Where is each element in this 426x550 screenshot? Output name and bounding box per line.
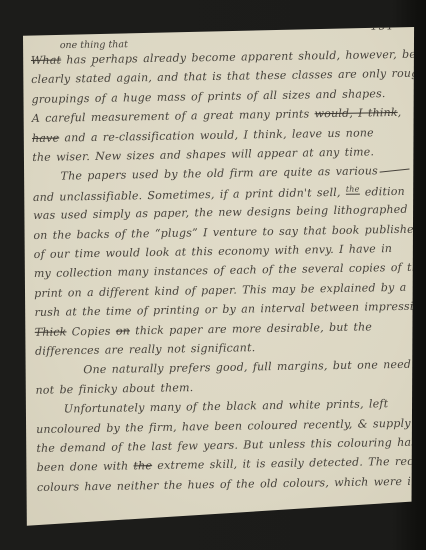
manuscript-text: and unclassifiable. Sometimes, if a prin… (33, 186, 346, 204)
manuscript-text: the demand of the last few years. But un… (36, 436, 417, 455)
manuscript-text: rush at the time of printing or by an in… (34, 300, 426, 320)
manuscript-text: various (336, 164, 411, 178)
struck-text: Thick (35, 325, 67, 339)
manuscript-line: A careful measurement of a great many pr… (32, 106, 402, 125)
manuscript-text: on the backs of the “plugs” I venture to… (33, 222, 425, 241)
manuscript-line: was used simply as paper, the new design… (33, 203, 408, 222)
manuscript-text: the (346, 184, 360, 194)
struck-text: would, I think (314, 106, 397, 120)
manuscript-line: One naturally prefers good, full margins… (83, 358, 411, 376)
manuscript-line: and unclassifiable. Sometimes, if a prin… (33, 184, 405, 204)
manuscript-line: the wiser. New sizes and shapes will app… (32, 145, 374, 164)
manuscript-text: print on a different kind of paper. This… (34, 281, 406, 300)
manuscript-text: Unfortunately many of the black and whit… (64, 397, 389, 415)
struck-text: What (31, 54, 61, 67)
manuscript-text: differences are really not significant. (35, 341, 256, 358)
manuscript-text: extreme skill, it is easily detected. Th… (152, 455, 426, 473)
manuscript-text: groupings of a huge mass of prints of al… (31, 87, 385, 106)
manuscript-line: of our time would look at this economy w… (34, 242, 393, 261)
manuscript-text: been done with (37, 460, 134, 475)
manuscript-text: was used simply as paper, the new design… (33, 203, 408, 222)
interlinear-insertion: one thing that (60, 39, 128, 51)
manuscript-line: Thick Copies on thick paper are more des… (35, 320, 372, 339)
manuscript-text: colours have neither the hues of the old… (37, 474, 426, 494)
manuscript-text: has perhaps already become apparent shou… (61, 48, 416, 67)
manuscript-text: Copies (66, 324, 116, 338)
manuscript-line: colours have neither the hues of the old… (37, 474, 426, 494)
struck-text: the (133, 459, 152, 472)
manuscript-line: The papers used by the old firm are quit… (61, 164, 411, 183)
manuscript-line: Unfortunately many of the black and whit… (64, 397, 389, 415)
manuscript-line: been done with the extreme skill, it is … (37, 455, 426, 475)
manuscript-line: not be finicky about them. (35, 381, 193, 397)
manuscript-line: on the backs of the “plugs” I venture to… (33, 222, 425, 241)
manuscript-line: differences are really not significant. (35, 341, 256, 358)
manuscript-text: , (398, 106, 402, 119)
manuscript-text: edition (359, 185, 405, 199)
manuscript-text: A careful measurement of a great many pr… (32, 107, 315, 125)
manuscript-text: the wiser. New sizes and shapes will app… (32, 145, 374, 164)
manuscript-text: The papers used by the old firm are quit… (61, 165, 336, 183)
manuscript-text: thick paper are more desirable, but the (130, 320, 372, 337)
manuscript-page: 151 one thing that ^ What has perhaps al… (0, 0, 426, 550)
manuscript-line: my collection many instances of each of … (34, 260, 426, 280)
manuscript-line: groupings of a huge mass of prints of al… (31, 87, 385, 106)
manuscript-text: and a re-classification would, I think, … (59, 126, 374, 144)
manuscript-page-content: 151 one thing that ^ What has perhaps al… (0, 0, 426, 550)
manuscript-text: of our time would look at this economy w… (34, 242, 393, 261)
manuscript-line: print on a different kind of paper. This… (34, 281, 406, 300)
manuscript-text: One naturally prefers good, full margins… (83, 358, 411, 376)
struck-text: have (32, 131, 59, 144)
manuscript-text: uncoloured by the firm, have been colour… (36, 416, 411, 435)
manuscript-line: the demand of the last few years. But un… (36, 436, 417, 455)
manuscript-line: uncoloured by the firm, have been colour… (36, 416, 411, 435)
manuscript-text: my collection many instances of each of … (34, 260, 426, 280)
manuscript-line: rush at the time of printing or by an in… (34, 300, 426, 320)
struck-text: on (116, 324, 130, 337)
manuscript-line: have and a re-classification would, I th… (32, 126, 374, 145)
manuscript-text: not be finicky about them. (35, 381, 193, 397)
